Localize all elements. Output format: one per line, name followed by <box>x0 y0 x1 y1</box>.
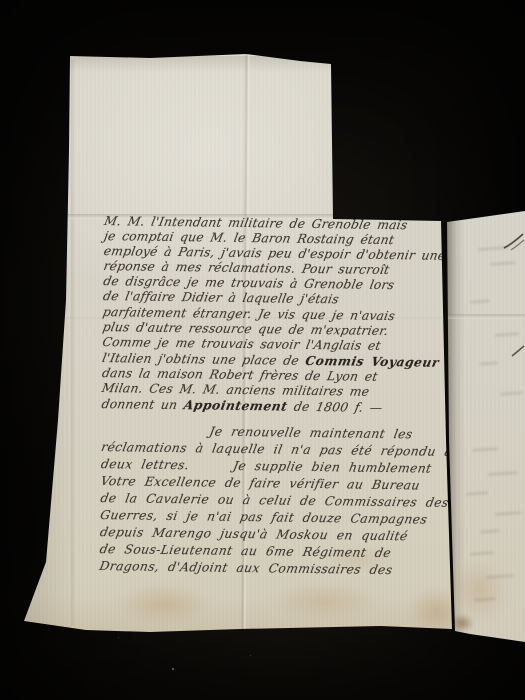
ink-bleedthrough <box>488 471 518 476</box>
fold-crease-horizontal <box>447 314 525 319</box>
line-13-text: de 1800 f. — <box>286 400 384 415</box>
ink-bleedthrough <box>480 529 500 533</box>
dust-speck <box>172 668 174 670</box>
ink-flourish <box>503 231 525 251</box>
line-13-text: donnent un <box>100 397 185 412</box>
stain-mark <box>268 582 380 620</box>
ink-bleedthrough <box>500 391 522 396</box>
stain-mark <box>116 584 212 624</box>
line-10-text: l'Italien j'obtins une place de <box>101 351 307 368</box>
fold-crease-vertical <box>71 60 74 626</box>
paragraph-2: Je renouvelle maintenant les réclamation… <box>98 422 446 580</box>
ink-bleedthrough <box>495 511 521 516</box>
ink-bleedthrough <box>466 491 488 496</box>
ink-flourish <box>511 344 525 358</box>
line-13-emphasis: Appointement <box>183 397 289 413</box>
ink-bleedthrough <box>470 299 490 303</box>
ink-bleedthrough <box>480 361 498 365</box>
line-10-emphasis: Commis Voyageur <box>304 353 440 370</box>
ink-bleedthrough <box>472 447 498 452</box>
paragraph-1: M. M. l'Intendant militaire de Grenoble … <box>100 214 449 417</box>
stain-mark <box>450 560 508 620</box>
ink-bleedthrough <box>490 261 516 266</box>
letter-photograph: M. M. l'Intendant militaire de Grenoble … <box>0 0 525 700</box>
dust-speck <box>118 637 119 638</box>
ink-bleedthrough <box>495 332 519 337</box>
handwriting-line-22: Dragons, d'Adjoint aux Commissaires des <box>98 558 447 580</box>
handwriting-line-13: donnent un Appointement de 1800 f. — <box>100 396 449 417</box>
dust-speck <box>250 655 251 656</box>
ink-bleedthrough <box>470 551 494 556</box>
handwriting-block: M. M. l'Intendant militaire de Grenoble … <box>98 214 449 580</box>
